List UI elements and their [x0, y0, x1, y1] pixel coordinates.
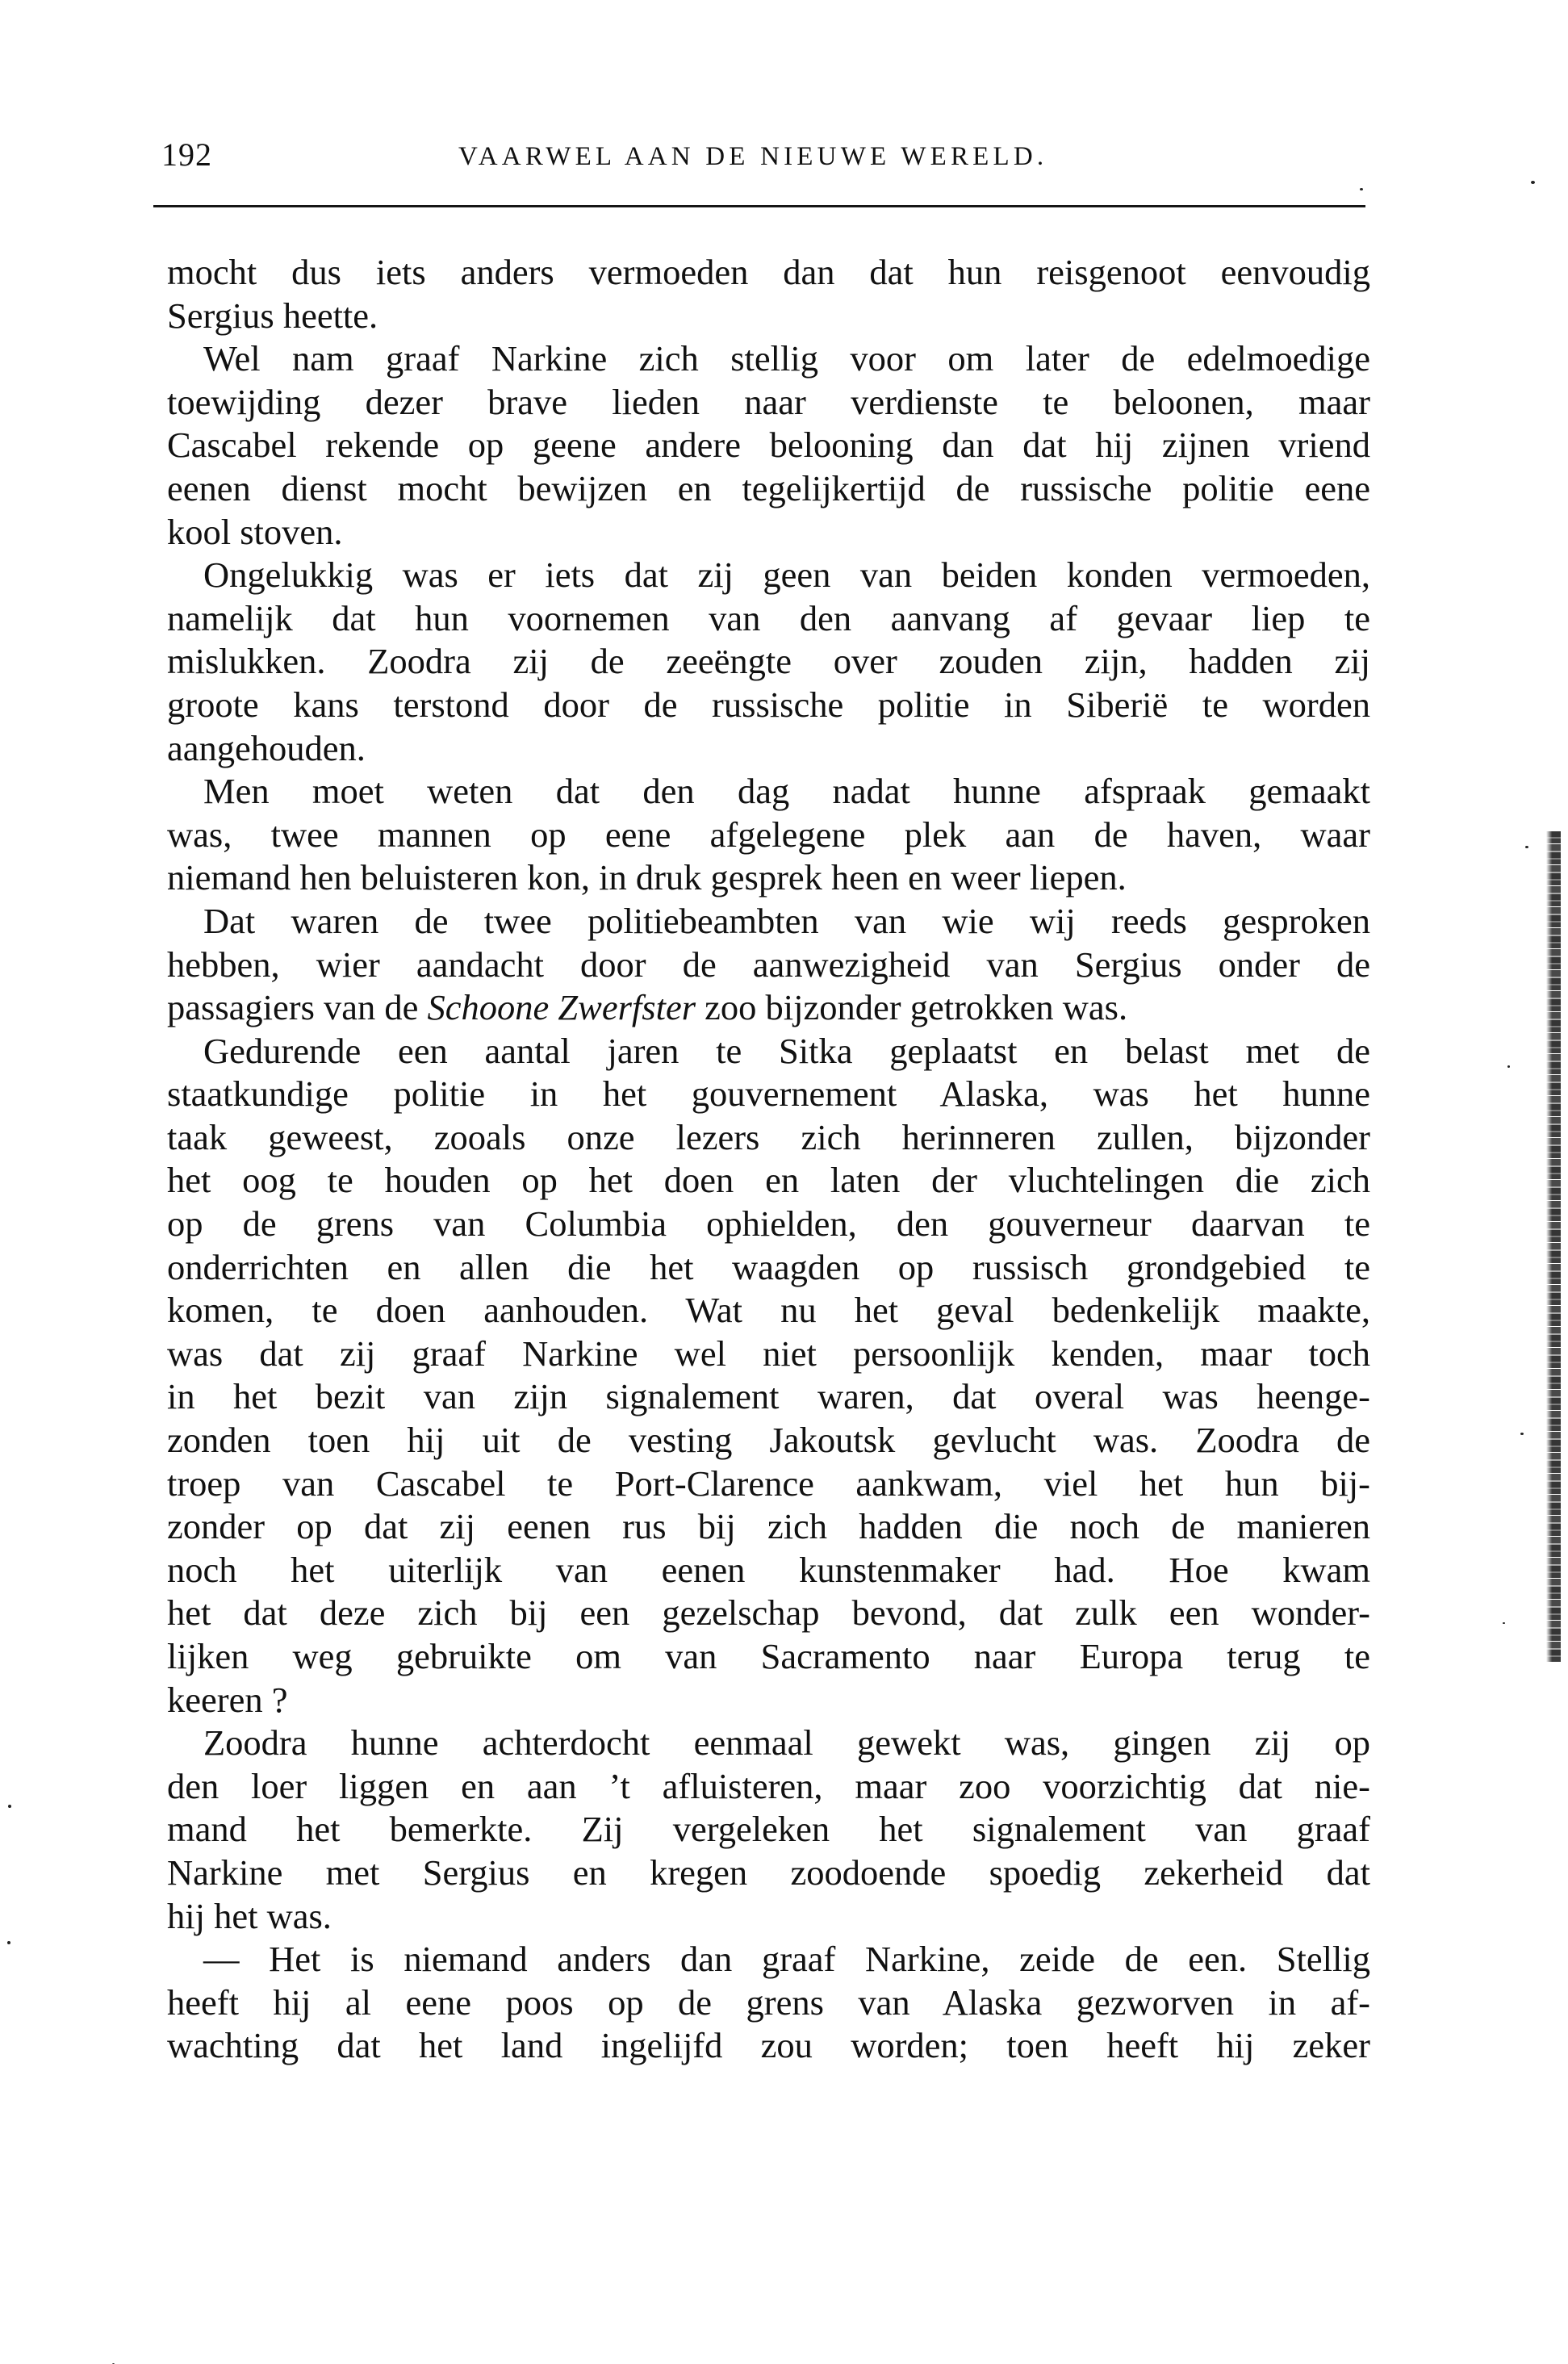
text-line: mislukken. Zoodra zij de zeeëngte over z…	[167, 640, 1370, 684]
text-line: kool stoven.	[167, 511, 1370, 554]
text-line: toewijding dezer brave lieden naar verdi…	[167, 381, 1370, 425]
text-line: was dat zij graaf Narkine wel niet perso…	[167, 1333, 1370, 1376]
text-line: staatkundige politie in het gouvernement…	[167, 1073, 1370, 1116]
text-line: mocht dus iets anders vermoeden dan dat …	[167, 251, 1370, 295]
text-line: onderrichten en allen die het waagden op…	[167, 1246, 1370, 1290]
text-line: troep van Cascabel te Port-Clarence aank…	[167, 1462, 1370, 1506]
scan-speck	[8, 1805, 11, 1808]
text-line: heeft hij al eene poos op de grens van A…	[167, 1981, 1370, 2025]
text-line: het dat deze zich bij een gezelschap bev…	[167, 1592, 1370, 1635]
text-line: Cascabel rekende op geene andere belooni…	[167, 424, 1370, 467]
text-line: op de grens van Columbia ophielden, den …	[167, 1203, 1370, 1246]
text-line: het oog te houden op het doen en laten d…	[167, 1159, 1370, 1203]
page-number: 192	[161, 136, 212, 174]
text-line: Gedurende een aantal jaren te Sitka gepl…	[167, 1030, 1370, 1073]
text-line: hebben, wier aandacht door de aanwezighe…	[167, 944, 1370, 987]
text-line: zonden toen hij uit de vesting Jakoutsk …	[167, 1419, 1370, 1462]
italic-ship-name: Schoone Zwerfster	[428, 987, 696, 1027]
scan-speck	[1507, 1065, 1510, 1068]
text-line: eenen dienst mocht bewijzen en tegelijke…	[167, 467, 1370, 511]
scan-speck	[1520, 1433, 1524, 1435]
text-line: aangehouden.	[167, 727, 1370, 771]
running-header: 192 VAARWEL AAN DE NIEUWE WERELD.	[161, 136, 1367, 174]
header-rule	[153, 205, 1365, 207]
scan-speck	[1525, 846, 1528, 848]
text-line: Wel nam graaf Narkine zich stellig voor …	[167, 337, 1370, 381]
text-line: passagiers van de Schoone Zwerfster zoo …	[167, 986, 1370, 1030]
text-line: noch het uiterlijk van eenen kunstenmake…	[167, 1549, 1370, 1592]
text-line: zonder op dat zij eenen rus bij zich had…	[167, 1505, 1370, 1549]
body-text: mocht dus iets anders vermoeden dan dat …	[167, 251, 1370, 2068]
text-line: Men moet weten dat den dag nadat hunne a…	[167, 770, 1370, 814]
text-line: Sergius heette.	[167, 295, 1370, 338]
text-line: — Het is niemand anders dan graaf Narkin…	[167, 1938, 1370, 1981]
running-title: VAARWEL AAN DE NIEUWE WERELD.	[458, 139, 1047, 174]
text-line: mand het bemerkte. Zij vergeleken het si…	[167, 1808, 1370, 1851]
text-line: den loer liggen en aan ’t afluisteren, m…	[167, 1765, 1370, 1809]
text-line: hij het was.	[167, 1895, 1370, 1939]
text-line: Zoodra hunne achterdocht eenmaal gewekt …	[167, 1722, 1370, 1765]
text-line: namelijk dat hun voornemen van den aanva…	[167, 597, 1370, 641]
page-edge-shadow	[1546, 831, 1561, 1663]
scan-speck	[1360, 188, 1363, 190]
text-line: komen, te doen aanhouden. Wat nu het gev…	[167, 1289, 1370, 1333]
scan-speck	[1531, 181, 1535, 184]
text-line: keeren ?	[167, 1679, 1370, 1722]
text-line: Narkine met Sergius en kregen zoodoende …	[167, 1851, 1370, 1895]
scan-speck	[1503, 1622, 1505, 1624]
text-line: was, twee mannen op eene afgelegene plek…	[167, 814, 1370, 857]
text-line: wachting dat het land ingelijfd zou word…	[167, 2024, 1370, 2068]
text-line: Ongelukkig was er iets dat zij geen van …	[167, 554, 1370, 597]
text-line: lijken weg gebruikte om van Sacramento n…	[167, 1635, 1370, 1679]
text-line: Dat waren de twee politiebeambten van wi…	[167, 900, 1370, 944]
text-line: in het bezit van zijn signalement waren,…	[167, 1375, 1370, 1419]
scan-speck	[7, 1941, 10, 1944]
text-line: groote kans terstond door de russische p…	[167, 684, 1370, 727]
text-line: niemand hen beluisteren kon, in druk ges…	[167, 856, 1370, 900]
book-page: 192 VAARWEL AAN DE NIEUWE WERELD. mocht …	[0, 0, 1568, 2364]
text-line: taak geweest, zooals onze lezers zich he…	[167, 1116, 1370, 1160]
